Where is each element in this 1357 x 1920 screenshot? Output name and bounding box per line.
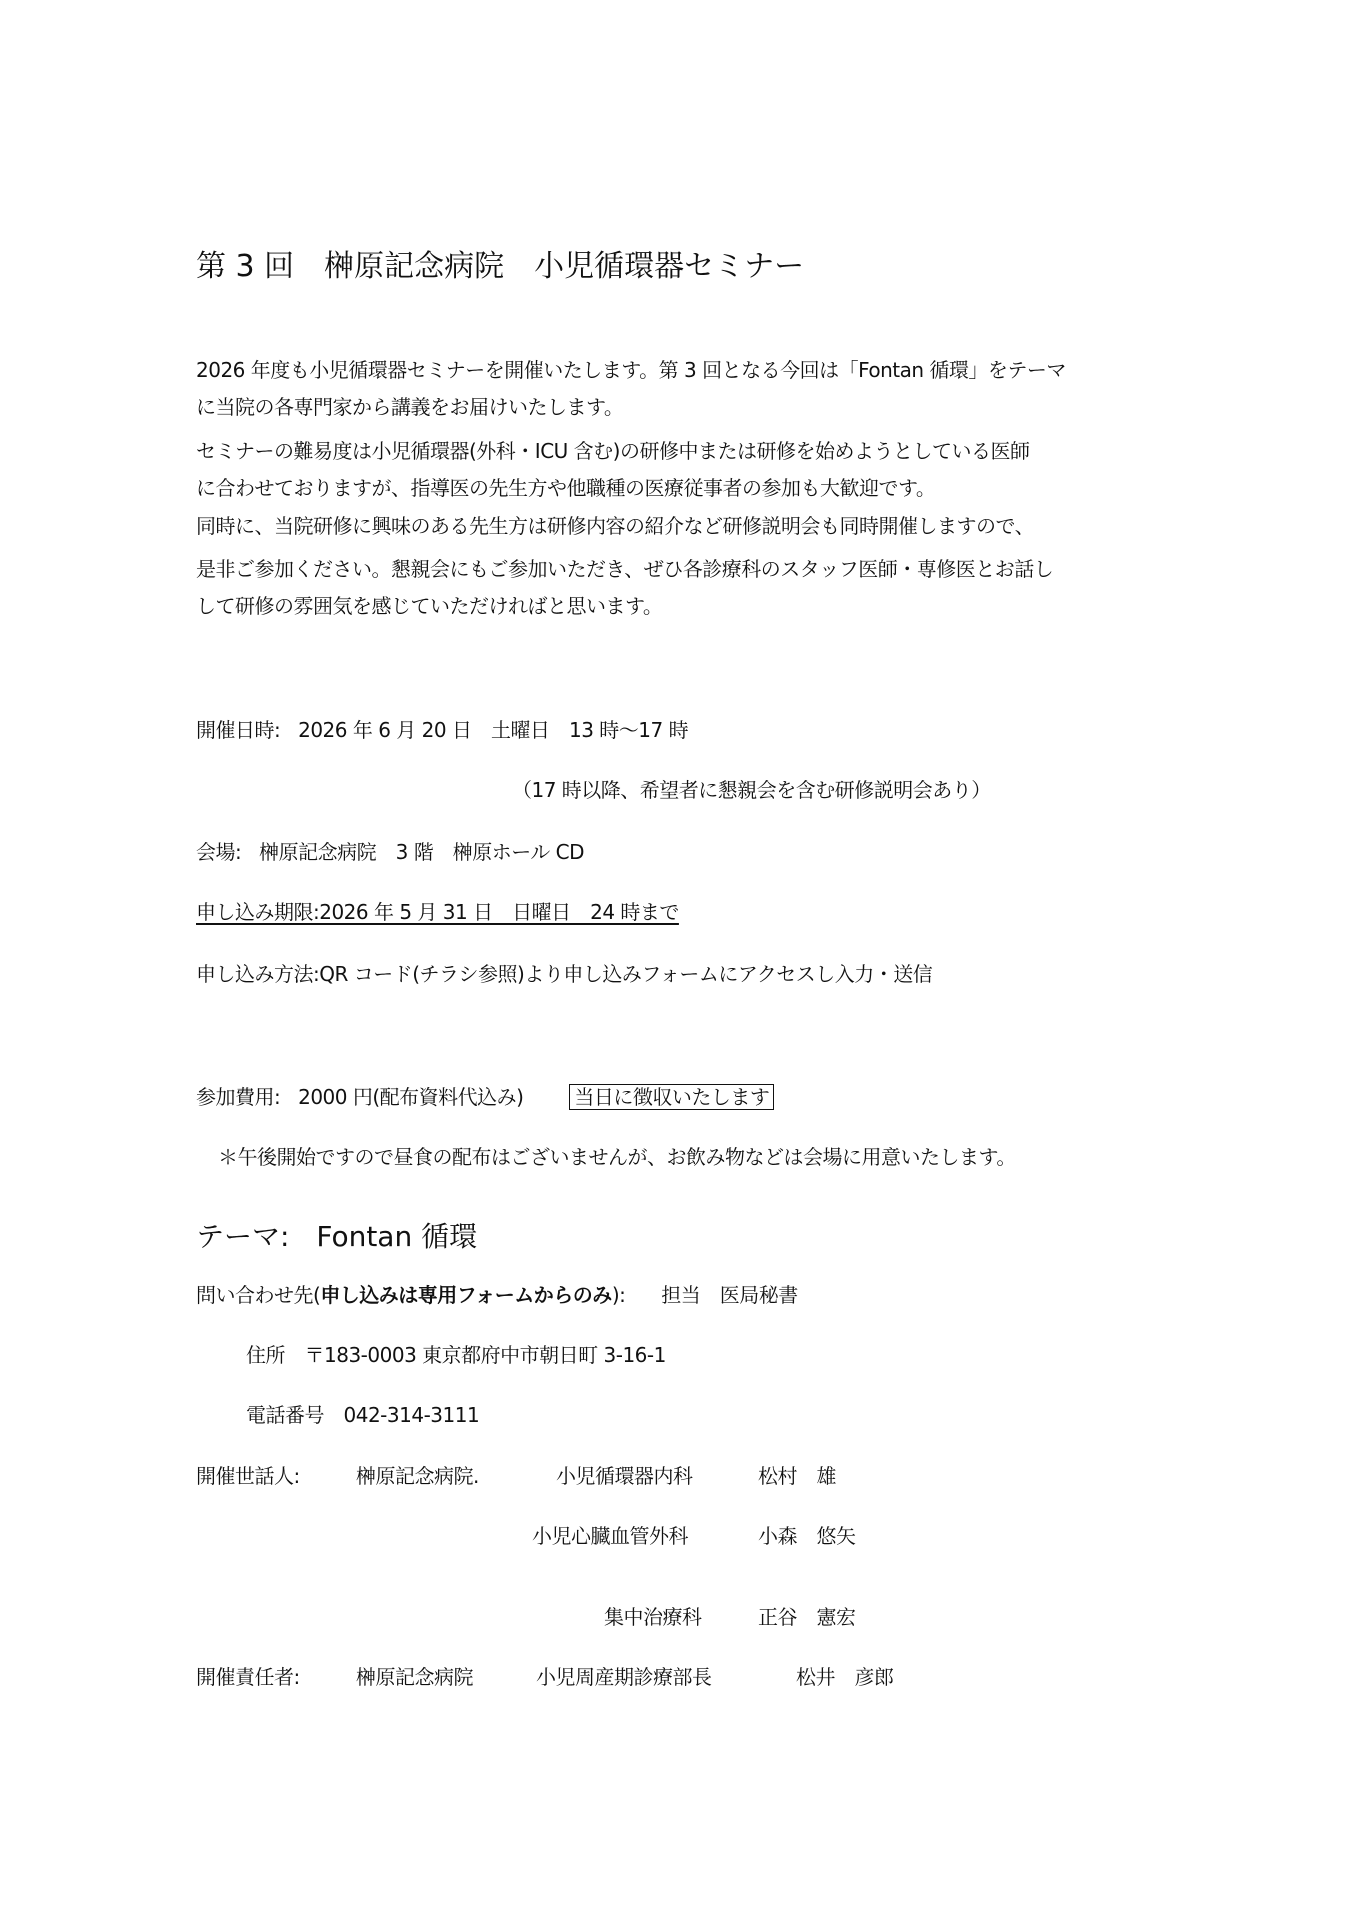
datetime-note: （17 時以降、希望者に懇親会を含む研修説明会あり） bbox=[512, 776, 991, 804]
datetime-value: 2026 年 6 月 20 日 土曜日 13 時～17 時 bbox=[298, 718, 688, 742]
intro-line-2: に当院の各専門家から講義をお届けいたします。 bbox=[196, 393, 623, 421]
intro-line-4: に合わせておりますが、指導医の先生方や他職種の医療従事者の参加も大歓迎です。 bbox=[196, 474, 935, 502]
contact-person: 担当 医局秘書 bbox=[661, 1283, 798, 1307]
organizers-label: 開催世話人: bbox=[196, 1462, 300, 1490]
intro-line-5: 同時に、当院研修に興味のある先生方は研修内容の紹介など研修説明会も同時開催します… bbox=[196, 512, 1034, 540]
organizer-name-2: 小森 悠矢 bbox=[758, 1522, 856, 1550]
intro-line-3: セミナーの難易度は小児循環器(外科・ICU 含む)の研修中または研修を始めようと… bbox=[196, 437, 1029, 465]
theme-value: Fontan 循環 bbox=[316, 1220, 477, 1253]
responsible-name: 松井 彦郎 bbox=[796, 1663, 894, 1691]
fee-label: 参加費用: bbox=[196, 1085, 280, 1109]
theme-label: テーマ: bbox=[196, 1220, 289, 1253]
organizer-name-1: 松村 雄 bbox=[758, 1462, 836, 1490]
responsible-dept: 小児周産期診療部長 bbox=[536, 1663, 712, 1691]
organizer-dept-1: 小児循環器内科 bbox=[556, 1462, 693, 1490]
contact-address: 住所 〒183-0003 東京都府中市朝日町 3-16-1 bbox=[246, 1341, 666, 1369]
datetime-label: 開催日時: bbox=[196, 718, 280, 742]
organizers-hospital: 榊原記念病院. bbox=[356, 1462, 479, 1490]
fee-row: 参加費用: 2000 円(配布資料代込み) 当日に徴収いたします bbox=[196, 1083, 774, 1111]
intro-line-1: 2026 年度も小児循環器セミナーを開催いたします。第 3 回となる今回は「Fo… bbox=[196, 356, 1066, 384]
application-method: 申し込み方法:QR コード(チラシ参照)より申し込みフォームにアクセスし入力・送… bbox=[196, 960, 932, 988]
responsible-hospital: 榊原記念病院 bbox=[356, 1663, 473, 1691]
deadline: 申し込み期限:2026 年 5 月 31 日 日曜日 24 時まで bbox=[196, 898, 679, 926]
fee-collection-box: 当日に徴収いたします bbox=[569, 1084, 774, 1110]
organizer-dept-3: 集中治療科 bbox=[604, 1603, 702, 1631]
venue-label: 会場: bbox=[196, 840, 241, 864]
contact-form-only-note: 申し込みは専用フォームからのみ bbox=[320, 1283, 612, 1307]
contact-phone: 電話番号 042-314-3111 bbox=[246, 1401, 479, 1429]
fee-note: ＊午後開始ですので昼食の配布はございませんが、お飲み物などは会場に用意いたします… bbox=[218, 1143, 1016, 1171]
intro-line-6: 是非ご参加ください。懇親会にもご参加いただき、ぜひ各診療科のスタッフ医師・専修医… bbox=[196, 555, 1053, 583]
intro-line-7: して研修の雰囲気を感じていただければと思います。 bbox=[196, 592, 662, 620]
fee-value: 2000 円(配布資料代込み) bbox=[298, 1085, 523, 1109]
contact-row: 問い合わせ先(申し込みは専用フォームからのみ): 担当 医局秘書 bbox=[196, 1281, 798, 1309]
contact-label: 問い合わせ先( bbox=[196, 1283, 320, 1307]
datetime-row: 開催日時: 2026 年 6 月 20 日 土曜日 13 時～17 時 bbox=[196, 716, 688, 744]
venue-value: 榊原記念病院 3 階 榊原ホール CD bbox=[259, 840, 584, 864]
contact-label-end: ): bbox=[612, 1283, 626, 1307]
organizer-dept-2: 小児心臓血管外科 bbox=[532, 1522, 688, 1550]
venue-row: 会場: 榊原記念病院 3 階 榊原ホール CD bbox=[196, 838, 584, 866]
organizer-name-3: 正谷 憲宏 bbox=[758, 1603, 856, 1631]
page-title: 第 3 回 榊原記念病院 小児循環器セミナー bbox=[196, 247, 804, 287]
responsible-label: 開催責任者: bbox=[196, 1663, 300, 1691]
theme-row: テーマ: Fontan 循環 bbox=[196, 1218, 477, 1256]
